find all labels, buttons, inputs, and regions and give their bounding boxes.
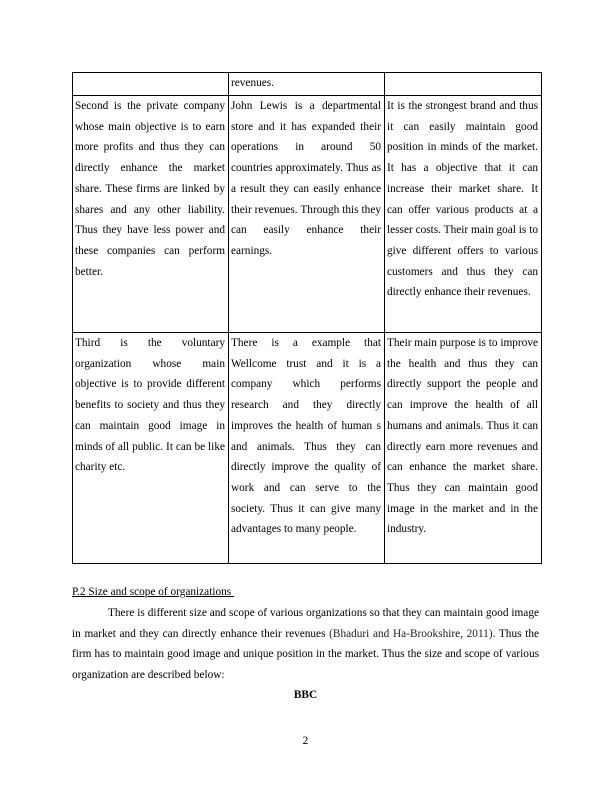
- section-heading: P.2 Size and scope of organizations: [72, 584, 234, 600]
- table-cell-type: [73, 73, 229, 96]
- organization-types-table: revenues. Second is the private company …: [72, 72, 542, 564]
- table-cell-objective: Their main purpose is to improve the hea…: [385, 333, 542, 564]
- table-row: Second is the private company whose main…: [73, 96, 542, 333]
- table-row: Third is the voluntary organization whos…: [73, 333, 542, 564]
- table-cell-type: Third is the voluntary organization whos…: [73, 333, 229, 564]
- subheading-bbc: BBC: [72, 687, 539, 703]
- document-page: revenues. Second is the private company …: [0, 0, 612, 792]
- table-cell-objective: [385, 73, 542, 96]
- page-number: 2: [72, 733, 539, 749]
- table-cell-example: revenues.: [229, 73, 385, 96]
- table-cell-objective: It is the strongest brand and thus it ca…: [385, 96, 542, 333]
- body-paragraph: There is different size and scope of var…: [72, 603, 539, 686]
- citation: (Bhaduri and Ha-Brookshire, 2011): [329, 628, 492, 640]
- table-cell-type: Second is the private company whose main…: [73, 96, 229, 333]
- table-row: revenues.: [73, 73, 542, 96]
- table-cell-example: John Lewis is a departmental store and i…: [229, 96, 385, 333]
- table-cell-example: There is a example that Wellcome trust a…: [229, 333, 385, 564]
